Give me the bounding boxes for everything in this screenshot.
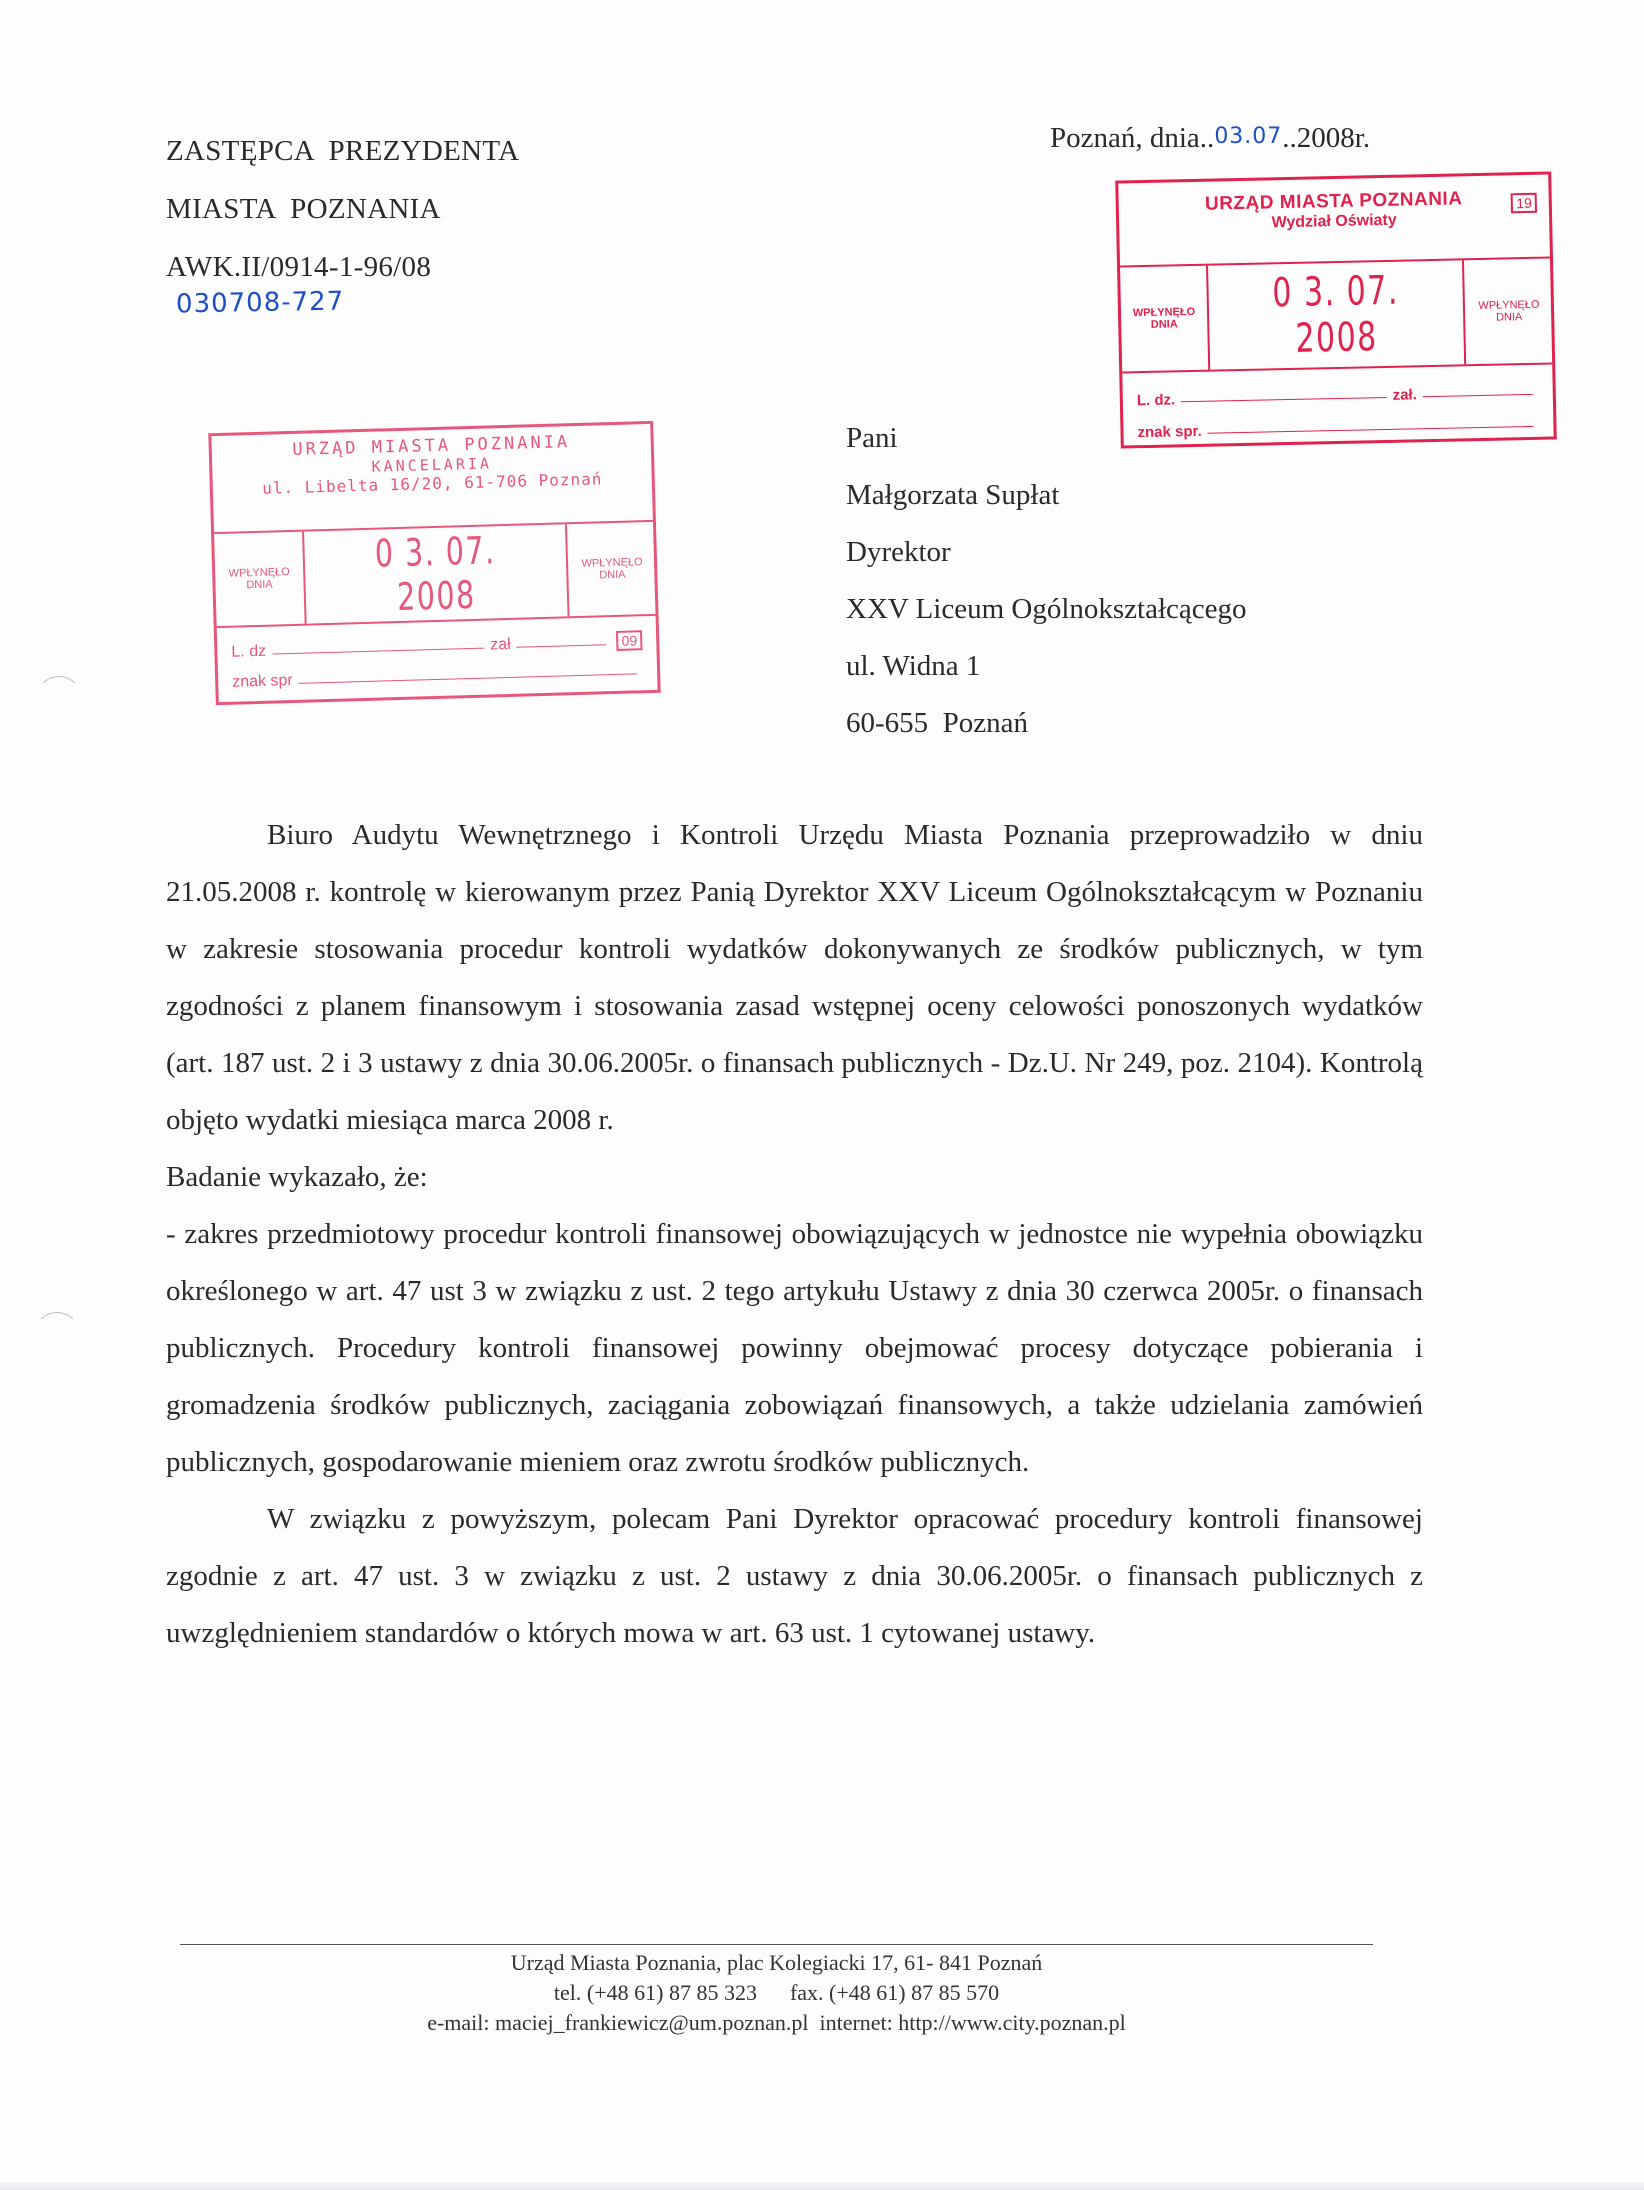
stamp-fields: L. dzzał09 znak spr — [231, 620, 644, 691]
punch-hole-mark — [36, 676, 82, 722]
sender-title: ZASTĘPCA PREZYDENTA — [166, 122, 519, 180]
stamp-label-left: WPŁYNĘŁO DNIA — [1120, 266, 1210, 372]
stamp-field-label: L. dz. — [1137, 391, 1176, 409]
stamp-date-row: WPŁYNĘŁO DNIA 0 3. 07. 2008 WPŁYNĘŁO DNI… — [214, 520, 656, 628]
stamp-date: 0 3. 07. 2008 — [337, 527, 535, 620]
stamp-label-text: DNIA — [1151, 318, 1178, 331]
stamp-field-line — [1423, 394, 1533, 397]
stamp-label-right: WPŁYNĘŁO DNIA — [569, 522, 656, 616]
stamp-field-line — [299, 673, 637, 683]
scan-edge — [0, 2182, 1644, 2190]
stamp-label-text: DNIA — [1496, 311, 1523, 324]
recipient-position: Dyrektor — [846, 524, 1247, 581]
stamp-field-line — [1208, 426, 1534, 434]
stamp-field-label: znak spr — [232, 672, 293, 692]
stamp-field-label: L. dz — [231, 643, 266, 662]
stamp-label-text: DNIA — [246, 579, 273, 592]
stamp-label-text: WPŁYNĘŁO — [228, 566, 289, 580]
recipient-street: ul. Widna 1 — [846, 638, 1247, 695]
letter-body: Biuro Audytu Wewnętrznego i Kontroli Urz… — [166, 807, 1423, 1662]
stamp-number-badge: 09 — [616, 630, 642, 651]
stamp-number-badge: 19 — [1511, 193, 1537, 214]
stamp-field-label: zał — [490, 636, 511, 655]
punch-hole-mark — [34, 1312, 80, 1358]
letterhead-footer: Urząd Miasta Poznania, plac Kolegiacki 1… — [180, 1948, 1373, 2038]
stamp-field-line — [1181, 397, 1386, 402]
recipient-name: Małgorzata Supłat — [846, 467, 1247, 524]
stamp-label-text: DNIA — [599, 569, 626, 582]
date-line: Poznań, dnia..03.07..2008r. — [1050, 122, 1370, 155]
body-paragraph-finding: - zakres przedmiotowy procedur kontroli … — [166, 1206, 1423, 1491]
received-stamp-chancellery: URZĄD MIASTA POZNANIA KANCELARIA ul. Lib… — [208, 421, 660, 705]
date-suffix: ..2008r. — [1282, 122, 1370, 154]
footer-address: Urząd Miasta Poznania, plac Kolegiacki 1… — [180, 1948, 1373, 1978]
sender-block: ZASTĘPCA PREZYDENTA MIASTA POZNANIA AWK.… — [166, 122, 519, 296]
date-prefix: Poznań, dnia.. — [1050, 122, 1214, 154]
stamp-field-line — [517, 644, 607, 648]
stamp-date-row: WPŁYNĘŁO DNIA 0 3. 07. 2008 WPŁYNĘŁO DNI… — [1120, 257, 1552, 374]
stamp-date: 0 3. 07. 2008 — [1240, 267, 1432, 363]
recipient-salutation: Pani — [846, 410, 1247, 467]
body-paragraph-instruction: W związku z powyższym, polecam Pani Dyre… — [166, 1491, 1423, 1662]
stamp-label-text: WPŁYNĘŁO — [1133, 306, 1196, 319]
body-paragraph-audit: Biuro Audytu Wewnętrznego i Kontroli Urz… — [166, 807, 1423, 1149]
stamp-field-line — [272, 648, 484, 655]
footer-divider — [180, 1944, 1373, 1945]
received-stamp-education-dept: URZĄD MIASTA POZNANIA Wydział Oświaty 19… — [1115, 171, 1557, 448]
stamp-field-label: zał. — [1392, 386, 1417, 404]
stamp-date-cell: 0 3. 07. 2008 — [1208, 260, 1466, 369]
recipient-institution: XXV Liceum Ogólnokształcącego — [846, 581, 1247, 638]
handwritten-date: 03.07 — [1214, 124, 1282, 149]
stamp-label-text: WPŁYNĘŁO — [1478, 299, 1539, 312]
footer-phones: tel. (+48 61) 87 85 323 fax. (+48 61) 87… — [180, 1978, 1373, 2008]
handwritten-registration-number: 030708-727 — [176, 287, 345, 320]
stamp-label-right: WPŁYNĘŁO DNIA — [1466, 259, 1552, 365]
footer-contact: e-mail: maciej_frankiewicz@um.poznan.pl … — [180, 2008, 1373, 2038]
stamp-label-left: WPŁYNĘŁO DNIA — [214, 532, 307, 626]
body-paragraph-findings-intro: Badanie wykazało, że: — [166, 1149, 1423, 1206]
stamp-date-cell: 0 3. 07. 2008 — [304, 524, 569, 623]
recipient-address: Pani Małgorzata Supłat Dyrektor XXV Lice… — [846, 410, 1247, 752]
recipient-city: 60-655 Poznań — [846, 695, 1247, 752]
stamp-label-text: WPŁYNĘŁO — [581, 556, 642, 570]
sender-office: MIASTA POZNANIA — [166, 180, 519, 238]
